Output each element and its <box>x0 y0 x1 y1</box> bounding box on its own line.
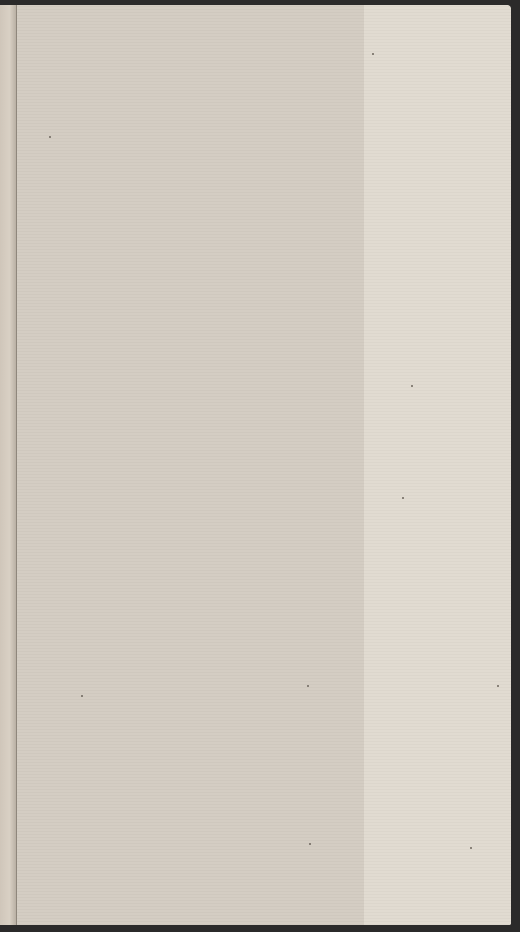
paper-speck <box>309 843 311 845</box>
paper-speck <box>49 136 51 138</box>
paper-speck <box>81 695 83 697</box>
previous-page-edge <box>0 5 17 925</box>
paper-speck <box>470 847 472 849</box>
paper-speck <box>307 685 309 687</box>
page-light-region <box>364 5 511 925</box>
paper-speck <box>372 53 374 55</box>
page-shaded-region <box>17 5 364 925</box>
paper-speck <box>402 497 404 499</box>
scan-background <box>0 0 520 932</box>
blank-page <box>17 5 511 925</box>
paper-speck <box>411 385 413 387</box>
paper-speck <box>497 685 499 687</box>
